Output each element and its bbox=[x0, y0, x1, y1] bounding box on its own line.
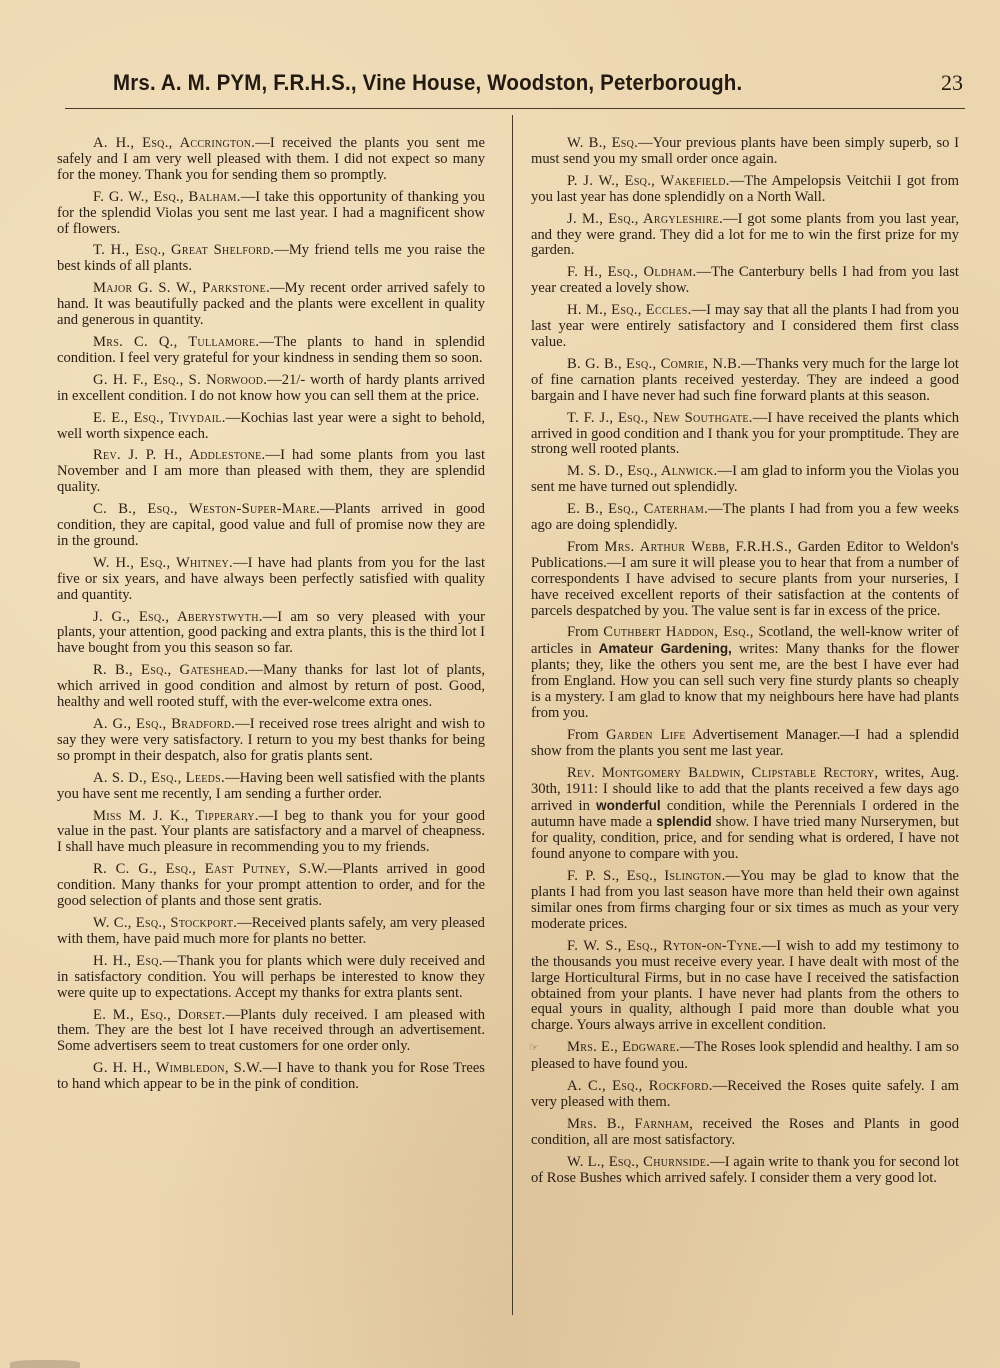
testimonial: E. E., Esq., Tivydail.—Kochias last year… bbox=[57, 411, 485, 443]
testimonial-author: B. G. B., Esq., Comrie, N.B. bbox=[567, 356, 741, 372]
testimonial-author: R. B., Esq., Gateshead. bbox=[93, 662, 248, 678]
testimonial-author: Mrs. C. Q., Tullamore. bbox=[93, 334, 259, 350]
testimonial: F. H., Esq., Oldham.—The Canterbury bell… bbox=[531, 265, 959, 297]
testimonial: G. H. F., Esq., S. Norwood.—21/- worth o… bbox=[57, 373, 485, 405]
left-column: A. H., Esq., Accrington.—I received the … bbox=[57, 136, 485, 1099]
testimonial-author: Garden Life bbox=[606, 727, 686, 743]
testimonial: J. M., Esq., Argyleshire.—I got some pla… bbox=[531, 212, 959, 260]
testimonial: A. G., Esq., Bradford.—I received rose t… bbox=[57, 717, 485, 765]
testimonial: ☞Mrs. E., Edgware.—The Roses look splend… bbox=[531, 1040, 959, 1073]
page-header: Mrs. A. M. PYM, F.R.H.S., Vine House, Wo… bbox=[113, 70, 963, 104]
testimonial-author: A. C., Esq., Rockford. bbox=[567, 1078, 713, 1094]
testimonial: From Mrs. Arthur Webb, F.R.H.S., Garden … bbox=[531, 540, 959, 620]
testimonial-author: G. H. F., Esq., S. Norwood. bbox=[93, 372, 267, 388]
emphasis-text: splendid bbox=[656, 814, 712, 829]
testimonial: From Garden Life Advertisement Manager.—… bbox=[531, 728, 959, 760]
testimonial: G. H. H., Wimbledon, S.W.—I have to than… bbox=[57, 1061, 485, 1093]
testimonial: M. S. D., Esq., Alnwick.—I am glad to in… bbox=[531, 464, 959, 496]
testimonial: Mrs. B., Farnham, received the Roses and… bbox=[531, 1117, 959, 1149]
publication-title: Amateur Gardening, bbox=[599, 641, 732, 656]
testimonial-author: A. H., Esq., Accrington. bbox=[93, 135, 255, 151]
testimonial: E. B., Esq., Caterham.—The plants I had … bbox=[531, 502, 959, 534]
testimonial-author: A. G., Esq., Bradford. bbox=[93, 716, 235, 732]
testimonial-author: J. G., Esq., Aberystwyth. bbox=[93, 609, 263, 625]
testimonial: C. B., Esq., Weston-Super-Mare.—Plants a… bbox=[57, 502, 485, 550]
testimonial: H. H., Esq.—Thank you for plants which w… bbox=[57, 954, 485, 1002]
testimonial-author: Rev. Montgomery Baldwin, Clipstable Rect… bbox=[567, 765, 878, 781]
testimonial-author: W. C., Esq., Stockport. bbox=[93, 915, 237, 931]
testimonial-author: P. J. W., Esq., Wakefield. bbox=[567, 173, 730, 189]
testimonial-author: Miss M. J. K., Tipperary. bbox=[93, 808, 259, 824]
testimonial: W. C., Esq., Stockport.—Received plants … bbox=[57, 916, 485, 948]
testimonial: E. M., Esq., Dorset.—Plants duly receive… bbox=[57, 1008, 485, 1056]
testimonial-prefix: From bbox=[567, 539, 604, 555]
testimonial: W. H., Esq., Whitney.—I have had plants … bbox=[57, 556, 485, 604]
testimonial-author: W. L., Esq., Churnside. bbox=[567, 1154, 710, 1170]
testimonial-author: F. G. W., Esq., Balham. bbox=[93, 189, 241, 205]
testimonial-author: T. F. J., Esq., New Southgate. bbox=[567, 410, 753, 426]
testimonial: R. C. G., Esq., East Putney, S.W.—Plants… bbox=[57, 862, 485, 910]
testimonial-author: Mrs. B., Farnham, bbox=[567, 1116, 693, 1132]
testimonial: T. H., Esq., Great Shelford.—My friend t… bbox=[57, 243, 485, 275]
pointing-hand-icon: ☞ bbox=[529, 1041, 545, 1057]
testimonial-author: Rev. J. P. H., Addlestone. bbox=[93, 447, 265, 463]
testimonial-author: C. B., Esq., Weston-Super-Mare. bbox=[93, 501, 320, 517]
testimonial: B. G. B., Esq., Comrie, N.B.—Thanks very… bbox=[531, 357, 959, 405]
header-title: Mrs. A. M. PYM, F.R.H.S., Vine House, Wo… bbox=[113, 70, 742, 96]
testimonial-author: E. E., Esq., Tivydail. bbox=[93, 410, 226, 426]
testimonial-author: J. M., Esq., Argyleshire. bbox=[567, 211, 723, 227]
page-number: 23 bbox=[941, 70, 963, 96]
testimonial: W. B., Esq.—Your previous plants have be… bbox=[531, 136, 959, 168]
testimonial-author: G. H. H., Wimbledon, S.W. bbox=[93, 1060, 263, 1076]
testimonial: J. G., Esq., Aberystwyth.—I am so very p… bbox=[57, 610, 485, 658]
testimonial: P. J. W., Esq., Wakefield.—The Ampelopsi… bbox=[531, 174, 959, 206]
testimonial: F. W. S., Esq., Ryton-on-Tyne.—I wish to… bbox=[531, 939, 959, 1034]
testimonial-author: E. B., Esq., Caterham. bbox=[567, 501, 708, 517]
testimonial: W. L., Esq., Churnside.—I again write to… bbox=[531, 1155, 959, 1187]
testimonial-author: R. C. G., Esq., East Putney, S.W. bbox=[93, 861, 328, 877]
paper-stain bbox=[10, 1360, 80, 1368]
testimonial: Major G. S. W., Parkstone.—My recent ord… bbox=[57, 281, 485, 329]
testimonial-author: Mrs. Arthur Webb, F.R.H.S., bbox=[604, 539, 792, 555]
testimonial: H. M., Esq., Eccles.—I may say that all … bbox=[531, 303, 959, 351]
testimonial-author: Cuthbert Haddon, Esq., bbox=[603, 624, 753, 640]
testimonial: R. B., Esq., Gateshead.—Many thanks for … bbox=[57, 663, 485, 711]
testimonial-author: M. S. D., Esq., Alnwick. bbox=[567, 463, 718, 479]
testimonial-author: F. W. S., Esq., Ryton-on-Tyne. bbox=[567, 938, 762, 954]
testimonial-author: E. M., Esq., Dorset. bbox=[93, 1007, 226, 1023]
column-divider bbox=[512, 115, 513, 1315]
testimonial: Miss M. J. K., Tipperary.—I beg to thank… bbox=[57, 809, 485, 857]
testimonial: Mrs. C. Q., Tullamore.—The plants to han… bbox=[57, 335, 485, 367]
testimonial: Rev. J. P. H., Addlestone.—I had some pl… bbox=[57, 448, 485, 496]
testimonial-author: Major G. S. W., Parkstone. bbox=[93, 280, 270, 296]
testimonial: A. S. D., Esq., Leeds.—Having been well … bbox=[57, 771, 485, 803]
header-rule bbox=[65, 108, 965, 109]
testimonial-author: W. B., Esq. bbox=[567, 135, 638, 151]
testimonial: F. P. S., Esq., Islington.—You may be gl… bbox=[531, 869, 959, 933]
testimonial-author: H. M., Esq., Eccles. bbox=[567, 302, 692, 318]
testimonial: Rev. Montgomery Baldwin, Clipstable Rect… bbox=[531, 766, 959, 863]
testimonial-author: T. H., Esq., Great Shelford. bbox=[93, 242, 274, 258]
testimonial: T. F. J., Esq., New Southgate.—I have re… bbox=[531, 411, 959, 459]
emphasis-text: wonderful bbox=[596, 798, 661, 813]
testimonial-author: F. H., Esq., Oldham. bbox=[567, 264, 697, 280]
testimonial-author: W. H., Esq., Whitney. bbox=[93, 555, 233, 571]
testimonial-author: A. S. D., Esq., Leeds. bbox=[93, 770, 225, 786]
testimonial: A. H., Esq., Accrington.—I received the … bbox=[57, 136, 485, 184]
testimonial-prefix: From bbox=[567, 624, 603, 640]
testimonial: F. G. W., Esq., Balham.—I take this oppo… bbox=[57, 190, 485, 238]
testimonial: From Cuthbert Haddon, Esq., Scotland, th… bbox=[531, 625, 959, 721]
testimonial-author: Mrs. E., Edgware. bbox=[567, 1039, 680, 1055]
right-column: W. B., Esq.—Your previous plants have be… bbox=[531, 136, 959, 1192]
testimonial-prefix: From bbox=[567, 727, 606, 743]
testimonial-author: H. H., Esq. bbox=[93, 953, 163, 969]
testimonial-author: F. P. S., Esq., Islington. bbox=[567, 868, 726, 884]
testimonial: A. C., Esq., Rockford.—Received the Rose… bbox=[531, 1079, 959, 1111]
